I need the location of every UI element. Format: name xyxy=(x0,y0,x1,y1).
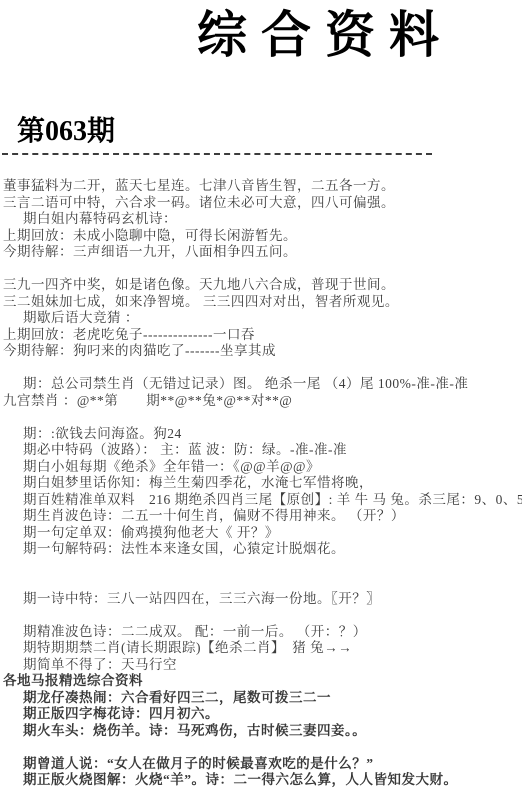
text-line: 期白小姐每期《绝杀》全年错一：《@@羊@@》 xyxy=(3,459,522,476)
text-line: 期曾道人说：“女人在做月子的时候最喜欢吃的是什么？” xyxy=(3,756,522,773)
text-line: 期特期期禁二肖(请长期跟踪)【绝杀二肖】 猪 兔→→ xyxy=(3,640,522,657)
text-line: 上期回放：未成小隐聊中隐，可得长闲游暂先。 xyxy=(3,228,522,245)
text-line: 今期待解：三声细语一九开，八面相争四五问。 xyxy=(3,244,522,261)
text-line: 期歇后语大竞猜 ： xyxy=(3,310,522,327)
text-line: 期一诗中特：三八一站四四在，三三六海一份地。〖开？〗 xyxy=(3,591,522,608)
text-line: 期火车头：烧伤羊。诗：马死鸡伤，古时候三妻四妾。。 xyxy=(3,723,522,740)
text-line: 期精准波色诗：二二成双。 配：一前一后。 （开：？） xyxy=(3,624,522,641)
text-line: 期一句定单双：偷鸡摸狗他老大《 开？》 xyxy=(3,525,522,542)
dashed-divider xyxy=(2,153,432,155)
text-line: 期简单不得了：天马行空 xyxy=(3,657,522,674)
text-line: 期百姓精准单双料 216 期绝杀四肖三尾【原创】: 羊 牛 马 兔。杀三尾：9、… xyxy=(3,492,522,509)
text-line: 期正版火烧图解：火烧“羊”。诗：二一得六怎么算，人人皆知发大财。 xyxy=(3,772,522,789)
text-line: 上期回放：老虎吃兔子--------------一口吞 xyxy=(3,327,522,344)
section-heading: 各地马报精选综合资料 xyxy=(3,673,522,690)
text-line: 三九一四齐中奖，如是诸色像。天九地八六合成，普现于世间。 xyxy=(3,277,522,294)
text-line: 期白姐梦里话你知：梅兰生菊四季花，水淹七军惜将晚， xyxy=(3,475,522,492)
text-line: 期龙仔凑热闹：六合看好四三二，尾数可拨三二一 xyxy=(3,690,522,707)
page-title: 综合资料 xyxy=(0,6,522,64)
text-line: 期：总公司禁生肖（无错过记录）图。 绝杀一尾 （4）尾 100%-准-准-准 xyxy=(3,376,522,393)
text-line: 期一句解特码：法性本来逢女国，心猿定计脱烟花。 xyxy=(3,541,522,558)
text-line: 三言二语可中特，六合求一码。诸位未必可大意，四八可偏强。 xyxy=(3,195,522,212)
document-body: 董事猛料为二开，蓝天七星连。七津八音皆生智，二五各一方。 三言二语可中特，六合求… xyxy=(3,178,522,789)
text-line: 今期待解：狗叼来的肉猫吃了-------坐享其成 xyxy=(3,343,522,360)
text-line: 三二姐妹加七成，如来净智境。 三三四四对对出，智者所观见。 xyxy=(3,294,522,311)
text-line: 九宫禁肖 ：@**第 期**@**兔*@**对**@ xyxy=(3,393,522,410)
text-line: 期必中特码（波路）： 主：蓝 波：防：绿。-准-准-准 xyxy=(3,442,522,459)
document-page: 综合资料 第063期 董事猛料为二开，蓝天七星连。七津八音皆生智，二五各一方。 … xyxy=(0,0,522,800)
text-line: 期白姐内幕特码玄机诗： xyxy=(3,211,522,228)
text-line: 董事猛料为二开，蓝天七星连。七津八音皆生智，二五各一方。 xyxy=(3,178,522,195)
text-line: 期：:欲钱去问海盗。狗24 xyxy=(3,426,522,443)
text-line: 期正版四字梅花诗：四月初六。 xyxy=(3,706,522,723)
issue-number: 第063期 xyxy=(17,116,522,148)
text-line: 期生肖波色诗：二五一十何生肖，偏财不得用神来。 （开？） xyxy=(3,508,522,525)
